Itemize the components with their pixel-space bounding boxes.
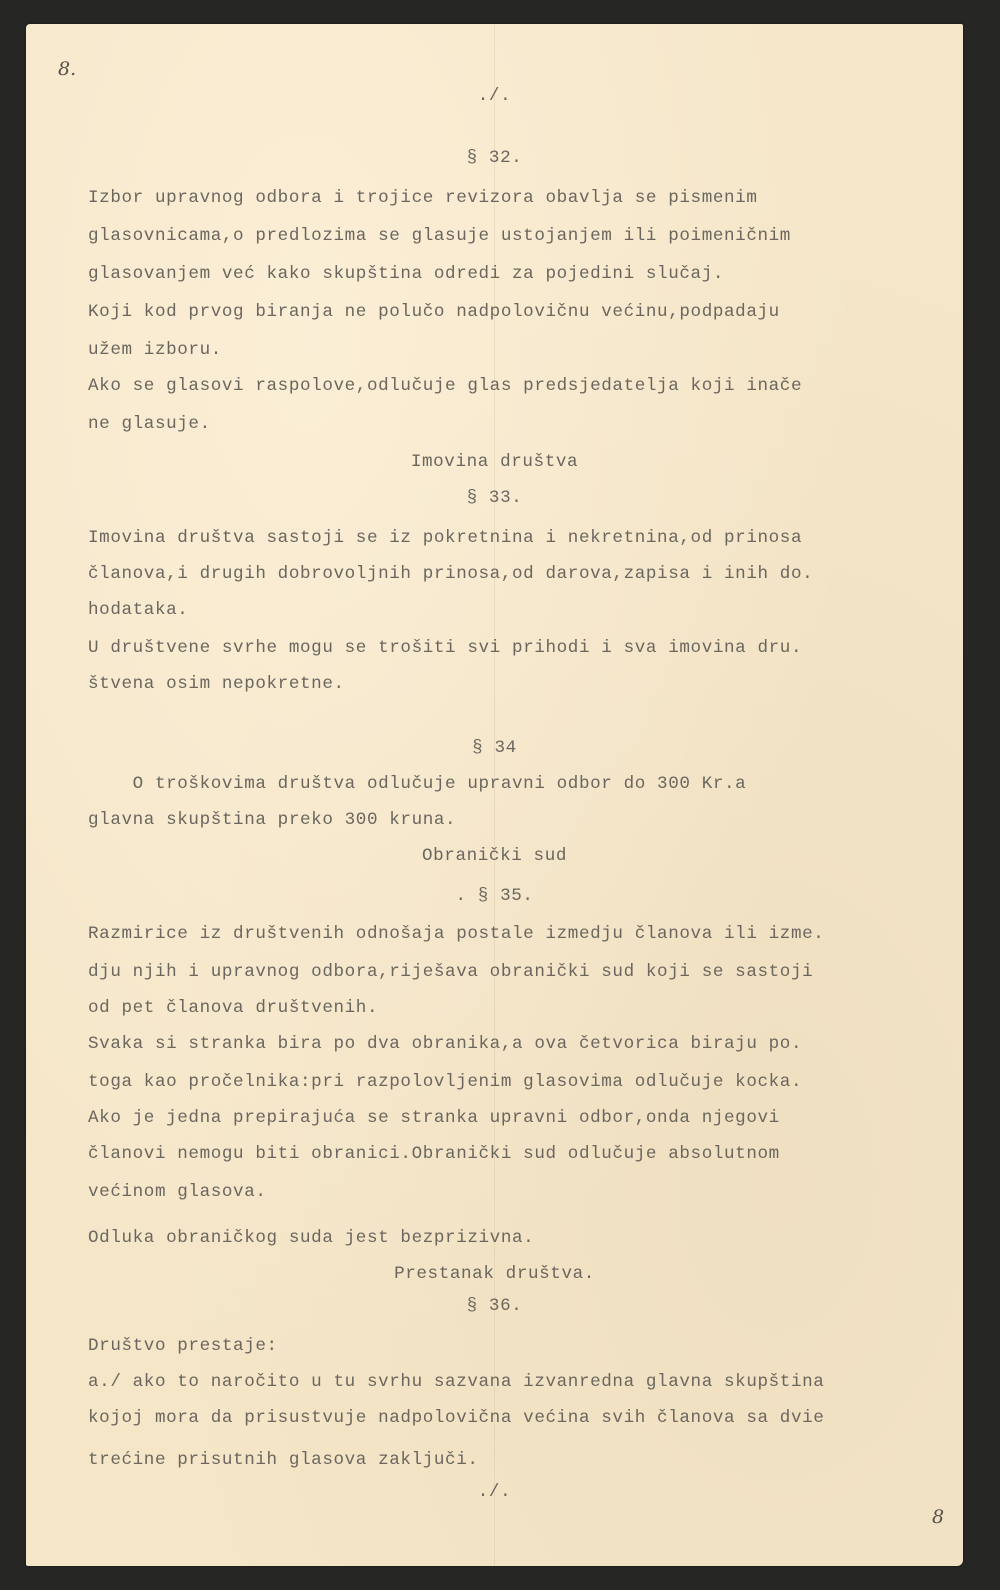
page-number-top-left: 8. [58, 58, 76, 80]
section-35-line-2: dju njih i upravnog odbora,riješava obra… [88, 964, 813, 982]
section-35-title: Obranički sud [26, 848, 963, 866]
section-35-line-4: Svaka si stranka bira po dva obranika,a … [88, 1036, 802, 1054]
section-35-line-6: Ako je jedna prepirajuća se stranka upra… [88, 1110, 780, 1128]
section-33-line-5: štvena osim nepokretne. [88, 676, 345, 694]
section-32-line-5: užem izboru. [88, 342, 222, 360]
section-35-line-1: Razmirice iz društvenih odnošaja postale… [88, 926, 824, 944]
section-34-line-1: O troškovima društva odlučuje upravni od… [88, 776, 746, 794]
section-36-line-4: trećine prisutnih glasova zaključi. [88, 1452, 479, 1470]
page-number-bottom-right: 8 [932, 1506, 944, 1528]
section-36-line-2: a./ ako to naročito u tu svrhu sazvana i… [88, 1374, 824, 1392]
section-34-line-2: glavna skupština preko 300 kruna. [88, 812, 456, 830]
section-32-line-4: Koji kod prvog biranja ne polučo nadpolo… [88, 304, 780, 322]
section-32-line-7: ne glasuje. [88, 416, 211, 434]
continuation-mark-bottom: ./. [26, 1484, 963, 1502]
section-33-line-3: hodataka. [88, 602, 188, 620]
paper-fold [494, 24, 495, 1566]
section-36-line-3: kojoj mora da prisustvuje nadpolovična v… [88, 1410, 824, 1428]
section-33-heading: § 33. [26, 490, 963, 508]
section-35-line-5: toga kao pročelnika:pri razpolovljenim g… [88, 1074, 802, 1092]
section-32-line-1: Izbor upravnog odbora i trojice revizora… [88, 190, 757, 208]
section-35-line-9: Odluka obraničkog suda jest bezprizivna. [88, 1230, 534, 1248]
section-35-heading: . § 35. [26, 888, 963, 906]
document-page: 8. ./. § 32. Izbor upravnog odbora i tro… [26, 24, 963, 1566]
section-32-line-2: glasovnicama,o predlozima se glasuje ust… [88, 228, 791, 246]
section-36-title: Prestanak društva. [26, 1266, 963, 1284]
section-32-line-3: glasovanjem već kako skupština odredi za… [88, 266, 724, 284]
section-32-heading: § 32. [26, 150, 963, 168]
section-35-line-8: većinom glasova. [88, 1184, 267, 1202]
section-35-line-7: članovi nemogu biti obranici.Obranički s… [88, 1146, 780, 1164]
section-35-line-3: od pet članova društvenih. [88, 1000, 378, 1018]
continuation-mark-top: ./. [26, 88, 963, 106]
section-36-heading: § 36. [26, 1298, 963, 1316]
section-36-line-1: Društvo prestaje: [88, 1338, 278, 1356]
section-33-line-4: U društvene svrhe mogu se trošiti svi pr… [88, 640, 802, 658]
section-33-line-2: članova,i drugih dobrovoljnih prinosa,od… [88, 566, 813, 584]
section-34-heading: § 34 [26, 740, 963, 758]
section-33-line-1: Imovina društva sastoji se iz pokretnina… [88, 530, 802, 548]
section-33-title: Imovina društva [26, 454, 963, 472]
section-32-line-6: Ako se glasovi raspolove,odlučuje glas p… [88, 378, 802, 396]
